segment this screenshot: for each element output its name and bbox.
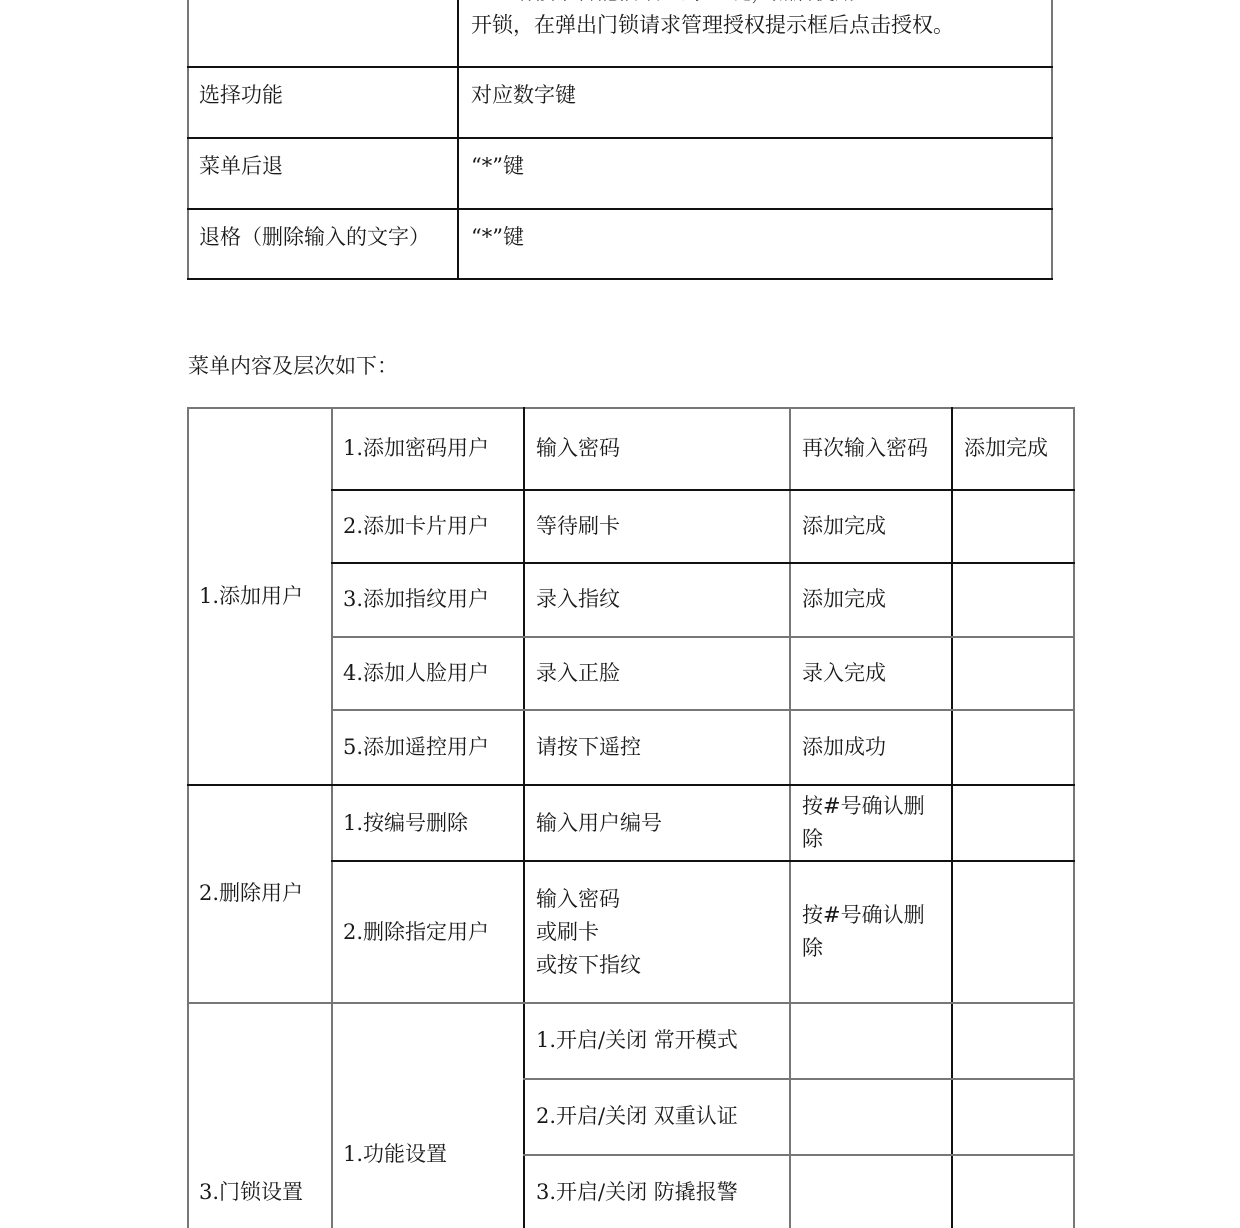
menu-group-lock-settings: 3.门锁设置: [199, 1176, 303, 1209]
key-table-row-line: [187, 137, 1053, 139]
menu-table-col-line: [523, 407, 525, 1228]
key-table-key: “*”键: [471, 150, 524, 183]
menu-table-col-line: [951, 407, 953, 1228]
menu-step: 按#号确认删: [802, 790, 925, 823]
menu-table-border-top: [187, 407, 1075, 409]
menu-step: 除: [802, 823, 823, 856]
key-table-border-left: [187, 0, 189, 280]
menu-table-row-line: [523, 1078, 1075, 1080]
menu-table-row-line: [331, 709, 1075, 711]
menu-item-add-password-user: 1.添加密码用户: [343, 432, 489, 465]
menu-step: 添加完成: [964, 432, 1048, 465]
menu-item-add-fingerprint-user: 3.添加指纹用户: [343, 583, 489, 616]
key-table-divider: [457, 0, 459, 280]
key-table-border-right: [1051, 0, 1053, 280]
key-table-action: 退格（删除输入的文字）: [199, 221, 430, 254]
menu-heading: 菜单内容及层次如下：: [188, 350, 398, 383]
key-table-key: “*”键: [471, 221, 524, 254]
menu-table-group-line: [187, 1002, 1075, 1004]
menu-step: 除: [802, 932, 823, 965]
menu-step: 输入密码: [536, 432, 620, 465]
key-table-partial-text-line1: ……请按下智能猫眼上的“·”键，然后使用…: [471, 0, 877, 9]
menu-group-delete-user: 2.删除用户: [199, 877, 303, 910]
menu-step: 请按下遥控: [536, 731, 641, 764]
menu-table-row-line: [331, 860, 1075, 862]
menu-step: 或按下指纹: [536, 949, 641, 982]
menu-step: 按#号确认删: [802, 899, 925, 932]
key-table-action: 菜单后退: [199, 150, 283, 183]
menu-item-delete-by-number: 1.按编号删除: [343, 807, 468, 840]
menu-item-delete-specific-user: 2.删除指定用户: [343, 916, 489, 949]
key-table-border-bottom: [187, 278, 1053, 280]
menu-step: 添加完成: [802, 583, 886, 616]
menu-item-add-card-user: 2.添加卡片用户: [343, 510, 489, 543]
key-table-action: 选择功能: [199, 79, 283, 112]
key-table-row-line: [187, 208, 1053, 210]
menu-step: 输入用户编号: [536, 807, 662, 840]
menu-item-add-face-user: 4.添加人脸用户: [343, 657, 489, 690]
menu-table-col-line: [331, 407, 333, 1228]
menu-option-normally-open: 1.开启/关闭 常开模式: [536, 1024, 738, 1057]
menu-table-col-line: [789, 407, 791, 1228]
menu-step: 录入正脸: [536, 657, 620, 690]
key-table-partial-text-line2: 开锁，在弹出门锁请求管理授权提示框后点击授权。: [471, 9, 954, 42]
menu-step: 录入完成: [802, 657, 886, 690]
menu-table-row-line: [331, 636, 1075, 638]
menu-step: 添加完成: [802, 510, 886, 543]
menu-item-add-remote-user: 5.添加遥控用户: [343, 731, 489, 764]
menu-step: 输入密码: [536, 883, 620, 916]
menu-step: 录入指纹: [536, 583, 620, 616]
menu-table-border-right: [1073, 407, 1075, 1228]
menu-option-dual-auth: 2.开启/关闭 双重认证: [536, 1100, 738, 1133]
menu-group-add-user: 1.添加用户: [199, 580, 303, 613]
menu-table-border-left: [187, 407, 189, 1228]
menu-table-row-line: [523, 1154, 1075, 1156]
key-table-key: 对应数字键: [471, 79, 576, 112]
menu-item-function-settings: 1.功能设置: [343, 1138, 447, 1171]
menu-step: 添加成功: [802, 731, 886, 764]
menu-step: 或刷卡: [536, 916, 599, 949]
menu-table-row-line: [331, 489, 1075, 491]
key-table-row-line: [187, 66, 1053, 68]
menu-step: 等待刷卡: [536, 510, 620, 543]
menu-option-tamper-alarm: 3.开启/关闭 防撬报警: [536, 1176, 738, 1209]
menu-table-group-line: [187, 784, 1075, 786]
menu-table-row-line: [331, 562, 1075, 564]
menu-step: 再次输入密码: [802, 432, 928, 465]
